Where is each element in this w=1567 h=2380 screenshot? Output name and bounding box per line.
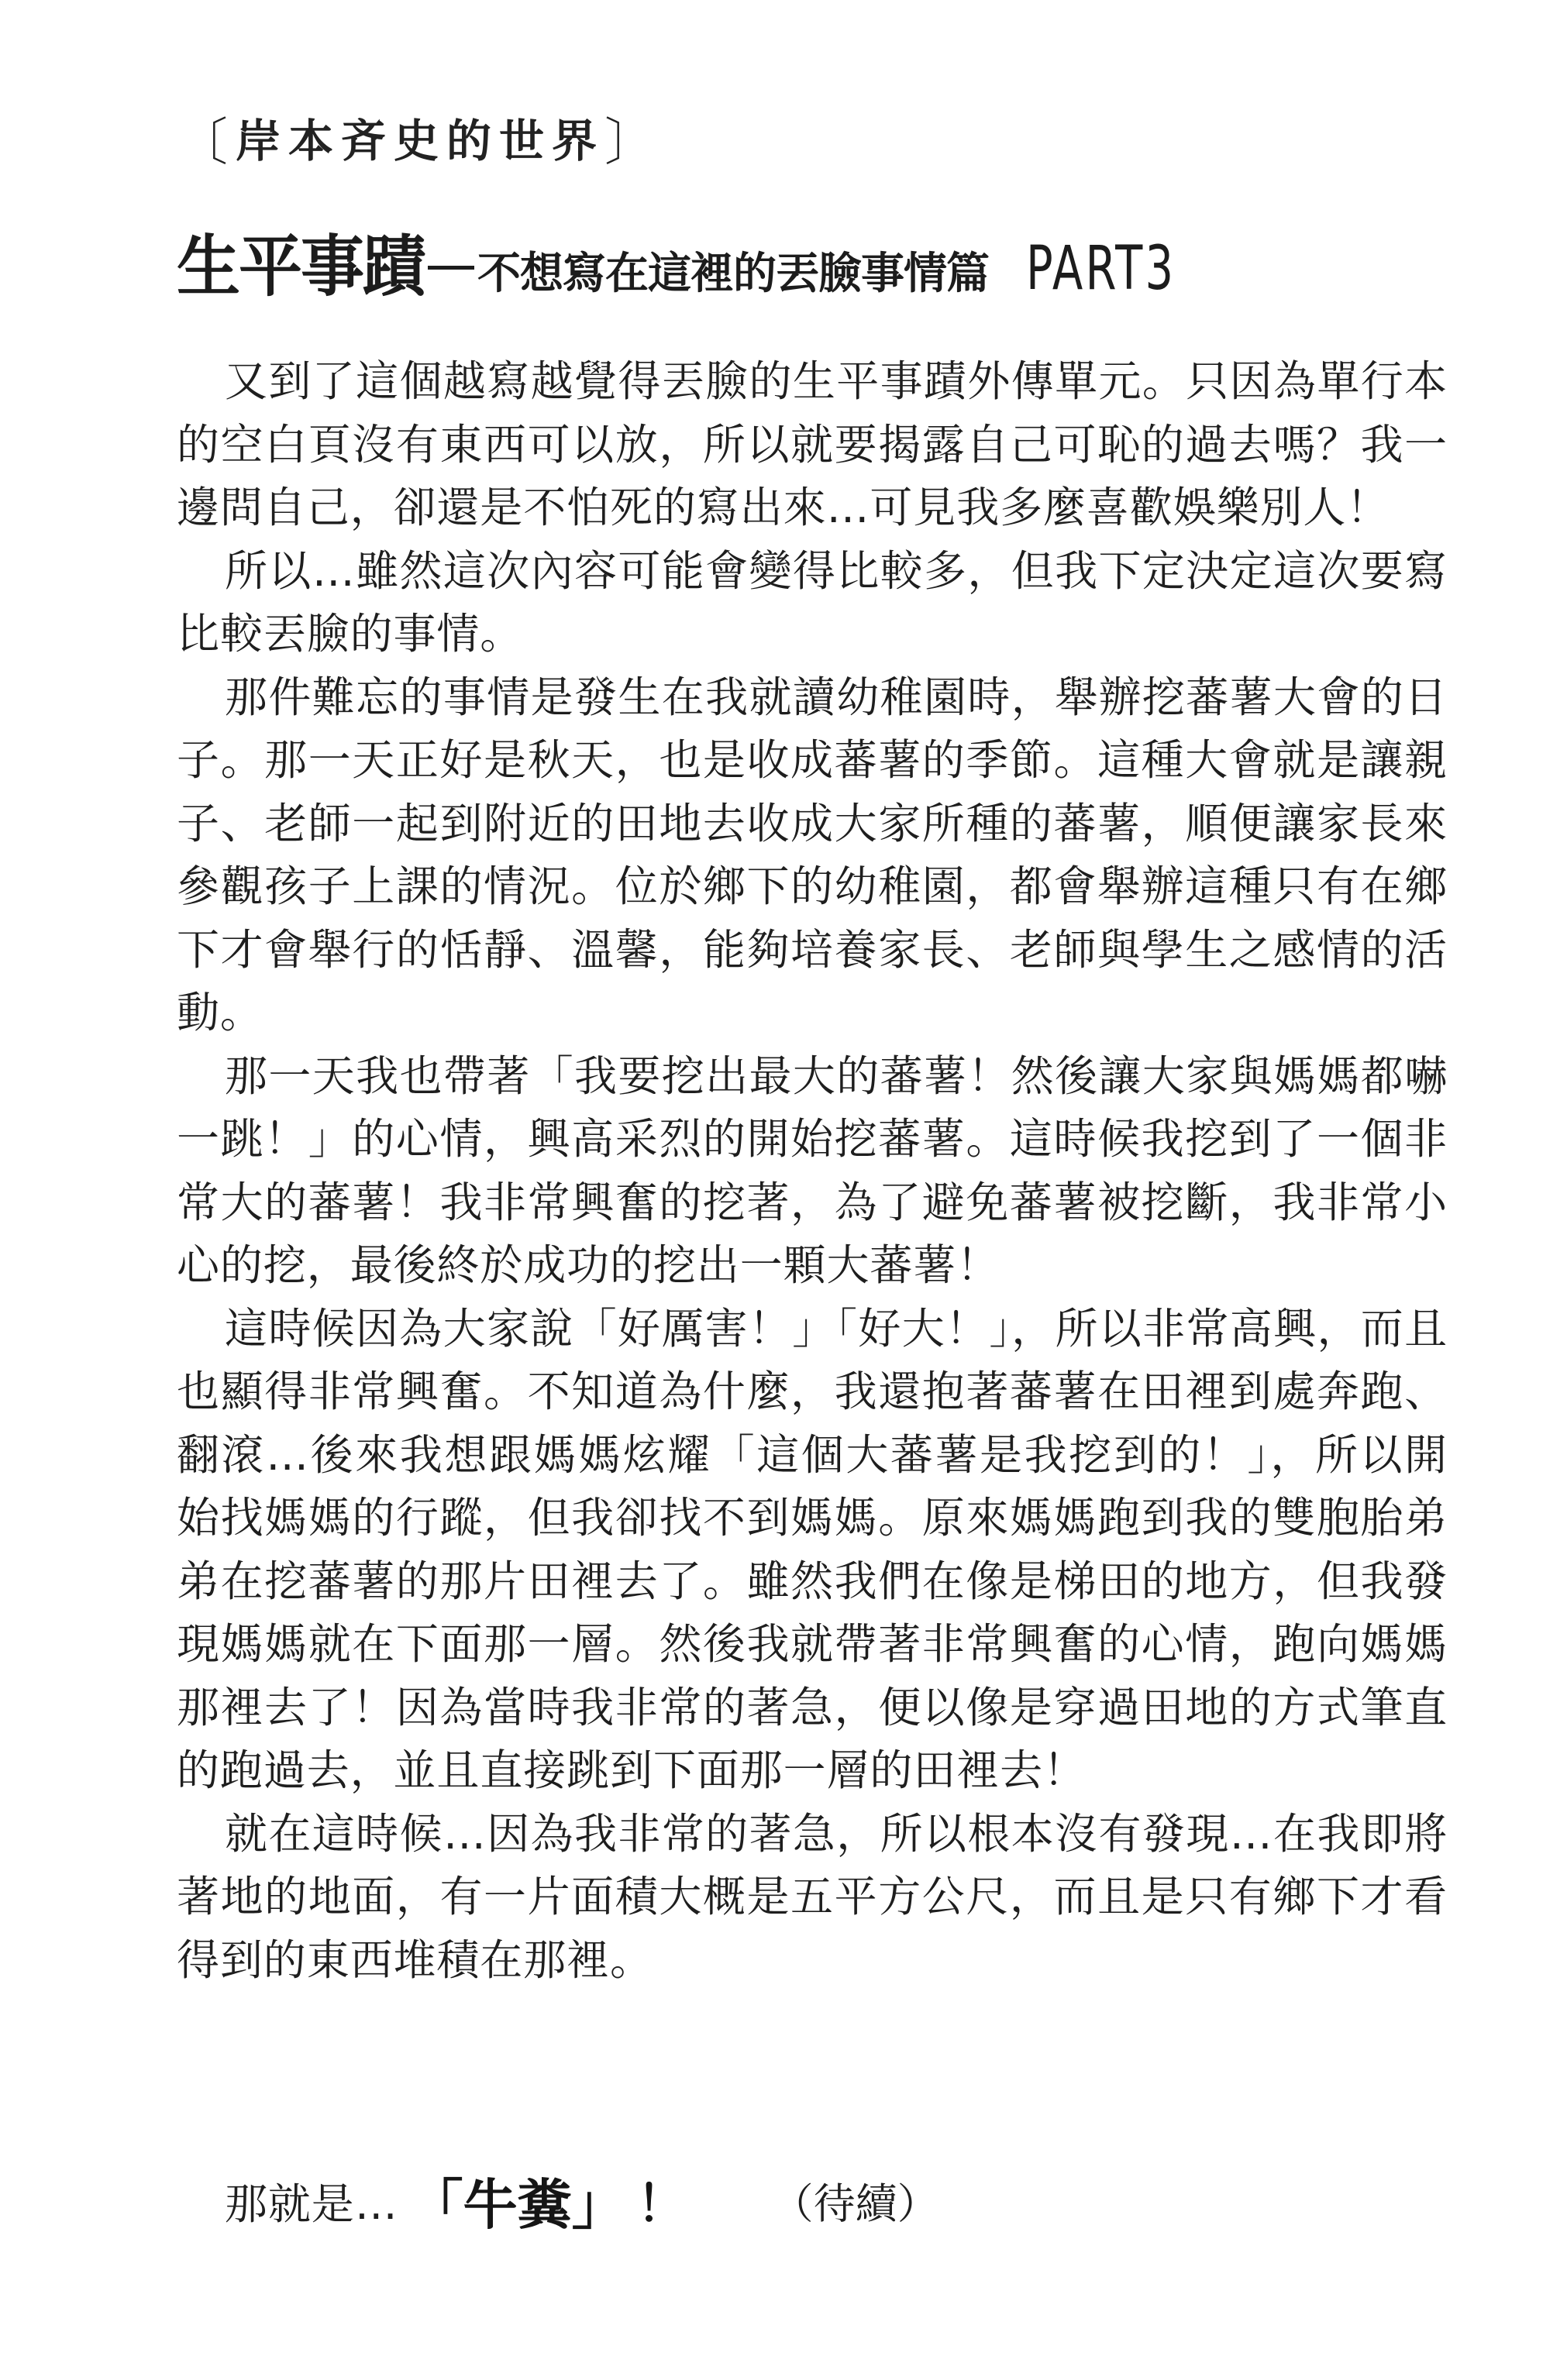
article-title: 生平事蹟 不想寫在這裡的丟臉事情篇 PART3 <box>177 215 1432 301</box>
close-bracket: 〕 <box>604 101 663 174</box>
closing-exclamation: ！ <box>637 2165 687 2236</box>
document-page: 〔 岸本斉史的世界 〕 生平事蹟 不想寫在這裡的丟臉事情篇 PART3 又到了這… <box>0 0 1567 2380</box>
open-bracket: 〔 <box>177 101 236 174</box>
title-subtitle: 不想寫在這裡的丟臉事情篇 <box>477 253 989 296</box>
title-part-label: PART3 <box>1026 239 1176 299</box>
paragraph: 又到了這個越寫越覺得丟臉的生平事蹟外傳單元。只因為單行本的空白頁沒有東西可以放，… <box>177 350 1448 540</box>
to-be-continued: （待續） <box>772 2171 939 2230</box>
closing-line: 那就是… 「牛糞」 ！ （待續） <box>225 2154 939 2247</box>
closing-emphasis: 「牛糞」 <box>409 2162 626 2240</box>
paragraph: 那件難忘的事情是發生在我就讀幼稚園時，舉辦挖蕃薯大會的日子。那一天正好是秋天，也… <box>177 666 1448 1045</box>
series-title: 岸本斉史的世界 <box>236 105 604 170</box>
series-header: 〔 岸本斉史的世界 〕 <box>177 102 663 172</box>
paragraph: 所以…雖然這次內容可能會變得比較多，但我下定決定這次要寫比較丟臉的事情。 <box>177 540 1448 666</box>
title-dash-divider <box>428 266 474 270</box>
paragraph: 這時候因為大家說「好厲害！」「好大！」，所以非常高興，而且也顯得非常興奮。不知道… <box>177 1298 1448 1803</box>
closing-lead-text: 那就是… <box>225 2170 398 2231</box>
article-body: 又到了這個越寫越覺得丟臉的生平事蹟外傳單元。只因為單行本的空白頁沒有東西可以放，… <box>177 350 1448 1992</box>
paragraph: 就在這時候…因為我非常的著急，所以根本沒有發現…在我即將著地的地面，有一片面積大… <box>177 1803 1448 1993</box>
paragraph: 那一天我也帶著「我要挖出最大的蕃薯！然後讓大家與媽媽都嚇一跳！」的心情，興高采烈… <box>177 1045 1448 1298</box>
title-main: 生平事蹟 <box>177 234 425 301</box>
